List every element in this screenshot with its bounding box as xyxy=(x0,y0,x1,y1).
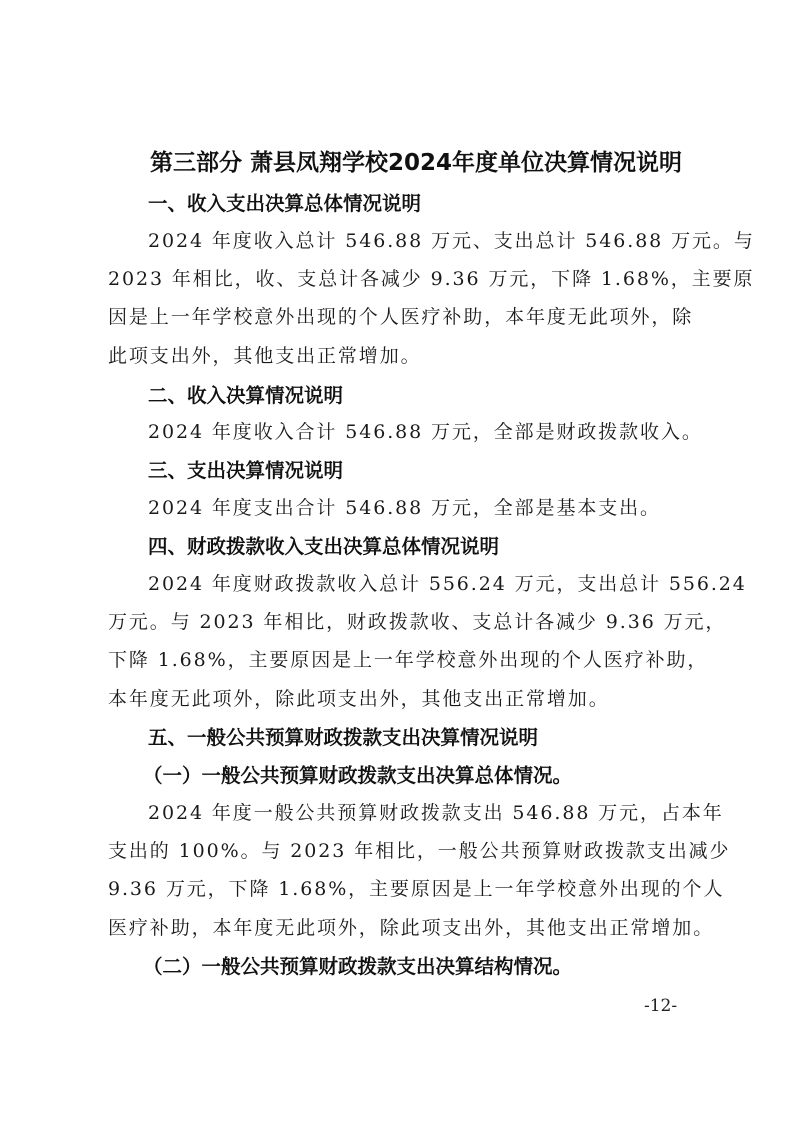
paragraph-line: 2024 年度财政拨款收入总计 556.24 万元，支出总计 556.24 xyxy=(108,565,688,603)
subsection-5-2-heading: （二）一般公共预算财政拨款支出决算结构情况。 xyxy=(143,951,572,979)
section-3-heading: 三、支出决算情况说明 xyxy=(148,455,343,483)
paragraph-line: 因是上一年学校意外出现的个人医疗补助，本年度无此项外，除 xyxy=(108,298,688,336)
document-page: 第三部分 萧县凤翔学校2024年度单位决算情况说明 一、收入支出决算总体情况说明… xyxy=(0,0,793,1122)
paragraph-line: 2024 年度收入合计 546.88 万元，全部是财政拨款收入。 xyxy=(108,413,688,451)
paragraph-line: 2024 年度收入总计 546.88 万元、支出总计 546.88 万元。与 xyxy=(108,222,688,260)
paragraph-line: 2024 年度支出合计 546.88 万元，全部是基本支出。 xyxy=(108,489,688,527)
paragraph-line: 2023 年相比，收、支总计各减少 9.36 万元，下降 1.68%，主要原 xyxy=(108,260,688,298)
section-2-paragraph: 2024 年度收入合计 546.88 万元，全部是财政拨款收入。 xyxy=(108,413,688,451)
paragraph-line: 此项支出外，其他支出正常增加。 xyxy=(108,337,688,375)
subsection-5-1-heading: （一）一般公共预算财政拨款支出决算总体情况。 xyxy=(143,760,572,788)
section-3-paragraph: 2024 年度支出合计 546.88 万元，全部是基本支出。 xyxy=(108,489,688,527)
paragraph-line: 支出的 100%。与 2023 年相比，一般公共预算财政拨款支出减少 xyxy=(108,832,688,870)
subsection-5-1-paragraph: 2024 年度一般公共预算财政拨款支出 546.88 万元，占本年 支出的 10… xyxy=(108,794,688,947)
section-1-heading: 一、收入支出决算总体情况说明 xyxy=(148,188,421,216)
paragraph-line: 9.36 万元，下降 1.68%，主要原因是上一年学校意外出现的个人 xyxy=(108,870,688,908)
page-number: -12- xyxy=(644,996,677,1016)
section-4-heading: 四、财政拨款收入支出决算总体情况说明 xyxy=(148,531,499,559)
section-4-paragraph: 2024 年度财政拨款收入总计 556.24 万元，支出总计 556.24 万元… xyxy=(108,565,688,718)
paragraph-line: 本年度无此项外，除此项支出外，其他支出正常增加。 xyxy=(108,680,688,718)
page-title: 第三部分 萧县凤翔学校2024年度单位决算情况说明 xyxy=(150,144,750,177)
paragraph-line: 2024 年度一般公共预算财政拨款支出 546.88 万元，占本年 xyxy=(108,794,688,832)
paragraph-line: 医疗补助，本年度无此项外，除此项支出外，其他支出正常增加。 xyxy=(108,909,688,947)
section-5-heading: 五、一般公共预算财政拨款支出决算情况说明 xyxy=(148,722,538,750)
section-2-heading: 二、收入决算情况说明 xyxy=(148,380,343,408)
paragraph-line: 万元。与 2023 年相比，财政拨款收、支总计各减少 9.36 万元， xyxy=(108,603,688,641)
section-1-paragraph: 2024 年度收入总计 546.88 万元、支出总计 546.88 万元。与 2… xyxy=(108,222,688,375)
paragraph-line: 下降 1.68%，主要原因是上一年学校意外出现的个人医疗补助， xyxy=(108,641,688,679)
